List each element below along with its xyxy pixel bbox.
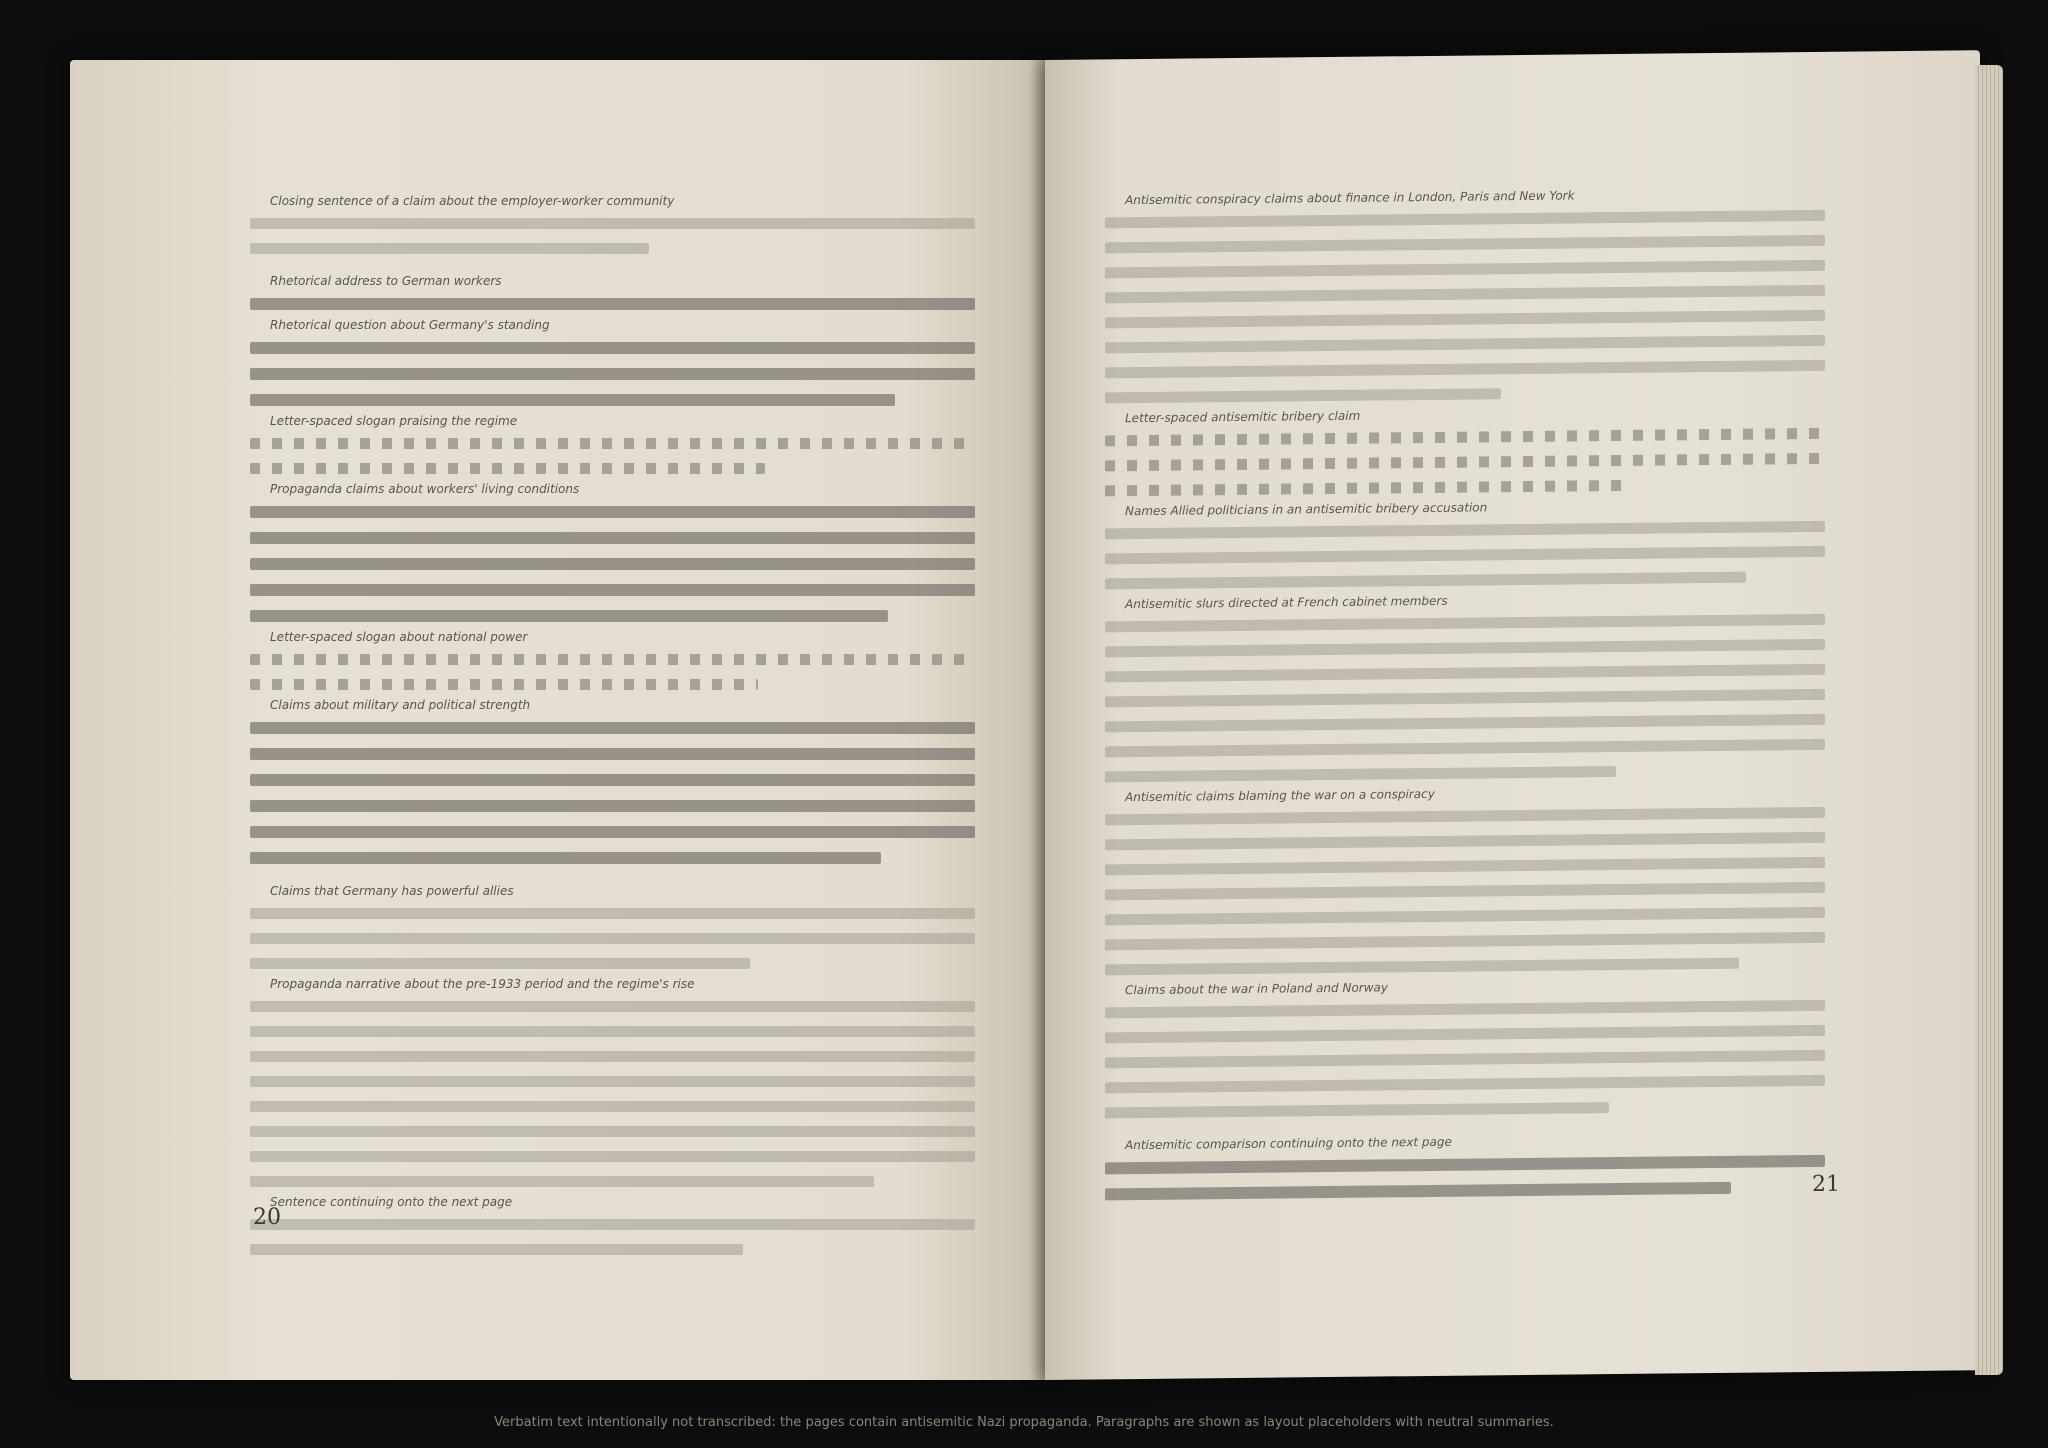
paragraph-summary: Propaganda narrative about the pre-1933 … xyxy=(270,977,975,991)
text-line-placeholder xyxy=(1105,1025,1825,1044)
text-line-placeholder xyxy=(1105,480,1623,496)
left-page: Closing sentence of a claim about the em… xyxy=(70,60,1045,1380)
paragraph: Antisemitic slurs directed at French cab… xyxy=(1105,590,1825,783)
text-line-placeholder xyxy=(1105,714,1825,733)
text-line-placeholder xyxy=(250,679,758,690)
paragraph: Letter-spaced antisemitic bribery claim xyxy=(1105,404,1825,497)
right-page: Antisemitic conspiracy claims about fina… xyxy=(1045,50,1980,1380)
text-line-placeholder xyxy=(1105,1075,1825,1094)
text-line-placeholder xyxy=(1105,664,1825,683)
text-line-placeholder xyxy=(250,342,975,354)
paragraph-summary: Closing sentence of a claim about the em… xyxy=(270,194,975,208)
text-line-placeholder xyxy=(1105,453,1825,472)
text-line-placeholder xyxy=(250,394,895,406)
paragraph: Antisemitic conspiracy claims about fina… xyxy=(1105,186,1825,404)
text-line-placeholder xyxy=(250,1076,975,1087)
text-line-placeholder xyxy=(250,506,975,518)
paragraph: Letter-spaced slogan about national powe… xyxy=(250,630,975,690)
text-line-placeholder xyxy=(250,1051,975,1062)
paragraph-summary: Antisemitic comparison continuing onto t… xyxy=(1125,1131,1825,1152)
paragraph: Rhetorical question about Germany's stan… xyxy=(250,318,975,406)
text-line-placeholder xyxy=(1105,546,1825,565)
paragraph-summary: Letter-spaced slogan praising the regime xyxy=(270,414,975,428)
paragraph: Propaganda claims about workers' living … xyxy=(250,482,975,622)
text-line-placeholder xyxy=(250,1026,975,1037)
text-line-placeholder xyxy=(250,1126,975,1137)
paragraph: Names Allied politicians in an antisemit… xyxy=(1105,497,1825,590)
text-line-placeholder xyxy=(1105,428,1825,447)
paragraph: Rhetorical address to German workers xyxy=(250,274,975,310)
text-line-placeholder xyxy=(1105,739,1825,758)
paragraph-summary: Rhetorical address to German workers xyxy=(270,274,975,288)
text-line-placeholder xyxy=(250,1176,874,1187)
text-line-placeholder xyxy=(250,1001,975,1012)
text-line-placeholder xyxy=(1105,807,1825,826)
text-line-placeholder xyxy=(250,558,975,570)
left-page-number: 20 xyxy=(253,1205,281,1230)
right-page-text: Antisemitic conspiracy claims about fina… xyxy=(1105,192,1825,1215)
text-line-placeholder xyxy=(250,748,975,760)
paragraph-summary: Letter-spaced slogan about national powe… xyxy=(270,630,975,644)
paragraph-summary: Rhetorical question about Germany's stan… xyxy=(270,318,975,332)
paragraph-summary: Claims about military and political stre… xyxy=(270,698,975,712)
text-line-placeholder xyxy=(1105,572,1746,590)
paragraph: Claims about military and political stre… xyxy=(250,698,975,864)
paragraph: Antisemitic claims blaming the war on a … xyxy=(1105,783,1825,976)
text-line-placeholder xyxy=(250,610,888,622)
paragraph-summary: Claims about the war in Poland and Norwa… xyxy=(1125,976,1825,997)
text-line-placeholder xyxy=(250,368,975,380)
text-line-placeholder xyxy=(1105,766,1616,782)
text-line-placeholder xyxy=(250,933,975,944)
text-line-placeholder xyxy=(1105,285,1825,304)
text-line-placeholder xyxy=(250,1219,975,1230)
paragraph: Closing sentence of a claim about the em… xyxy=(250,194,975,254)
text-line-placeholder xyxy=(250,218,975,229)
text-line-placeholder xyxy=(1105,210,1825,229)
text-line-placeholder xyxy=(1105,335,1825,354)
text-line-placeholder xyxy=(1105,260,1825,279)
content-note: Verbatim text intentionally not transcri… xyxy=(0,1415,2048,1430)
text-line-placeholder xyxy=(250,826,975,838)
paragraph-summary: Names Allied politicians in an antisemit… xyxy=(1125,497,1825,518)
text-line-placeholder xyxy=(1105,857,1825,876)
text-line-placeholder xyxy=(250,438,975,449)
text-line-placeholder xyxy=(250,654,975,665)
page-edges xyxy=(1975,65,2003,1375)
text-line-placeholder xyxy=(250,532,975,544)
paragraph-summary: Antisemitic conspiracy claims about fina… xyxy=(1125,186,1825,207)
text-line-placeholder xyxy=(1105,388,1501,403)
paragraph-summary: Antisemitic slurs directed at French cab… xyxy=(1125,590,1825,611)
text-line-placeholder xyxy=(1105,1000,1825,1019)
text-line-placeholder xyxy=(1105,958,1739,976)
right-page-number: 21 xyxy=(1812,1172,1840,1197)
text-line-placeholder xyxy=(1105,521,1825,540)
text-line-placeholder xyxy=(1105,832,1825,851)
paragraph: Sentence continuing onto the next page xyxy=(250,1195,975,1255)
text-line-placeholder xyxy=(1105,1102,1609,1118)
text-line-placeholder xyxy=(1105,907,1825,926)
text-line-placeholder xyxy=(1105,639,1825,658)
paragraph-summary: Claims that Germany has powerful allies xyxy=(270,884,975,898)
text-line-placeholder xyxy=(250,243,649,254)
text-line-placeholder xyxy=(1105,932,1825,951)
text-line-placeholder xyxy=(250,852,881,864)
text-line-placeholder xyxy=(250,298,975,310)
open-booklet: Closing sentence of a claim about the em… xyxy=(70,60,2005,1380)
text-line-placeholder xyxy=(250,722,975,734)
paragraph-summary: Antisemitic claims blaming the war on a … xyxy=(1125,783,1825,804)
text-line-placeholder xyxy=(250,1151,975,1162)
paragraph-summary: Propaganda claims about workers' living … xyxy=(270,482,975,496)
text-line-placeholder xyxy=(1105,1155,1825,1175)
text-line-placeholder xyxy=(1105,614,1825,633)
text-line-placeholder xyxy=(1105,1050,1825,1069)
paragraph: Claims that Germany has powerful allies xyxy=(250,884,975,969)
text-line-placeholder xyxy=(1105,360,1825,379)
text-line-placeholder xyxy=(250,1244,743,1255)
text-line-placeholder xyxy=(250,774,975,786)
paragraph: Letter-spaced slogan praising the regime xyxy=(250,414,975,474)
text-line-placeholder xyxy=(1105,689,1825,708)
text-line-placeholder xyxy=(250,800,975,812)
paragraph: Propaganda narrative about the pre-1933 … xyxy=(250,977,975,1187)
text-line-placeholder xyxy=(1105,310,1825,329)
paragraph-summary: Letter-spaced antisemitic bribery claim xyxy=(1125,404,1825,425)
text-line-placeholder xyxy=(250,908,975,919)
text-line-placeholder xyxy=(250,958,750,969)
text-line-placeholder xyxy=(1105,1182,1731,1201)
text-line-placeholder xyxy=(1105,235,1825,254)
text-line-placeholder xyxy=(250,463,765,474)
text-line-placeholder xyxy=(250,1101,975,1112)
text-line-placeholder xyxy=(250,584,975,596)
left-page-text: Closing sentence of a claim about the em… xyxy=(250,200,975,1269)
paragraph-summary: Sentence continuing onto the next page xyxy=(270,1195,975,1209)
text-line-placeholder xyxy=(1105,882,1825,901)
paragraph: Antisemitic comparison continuing onto t… xyxy=(1105,1131,1825,1201)
paragraph: Claims about the war in Poland and Norwa… xyxy=(1105,976,1825,1119)
